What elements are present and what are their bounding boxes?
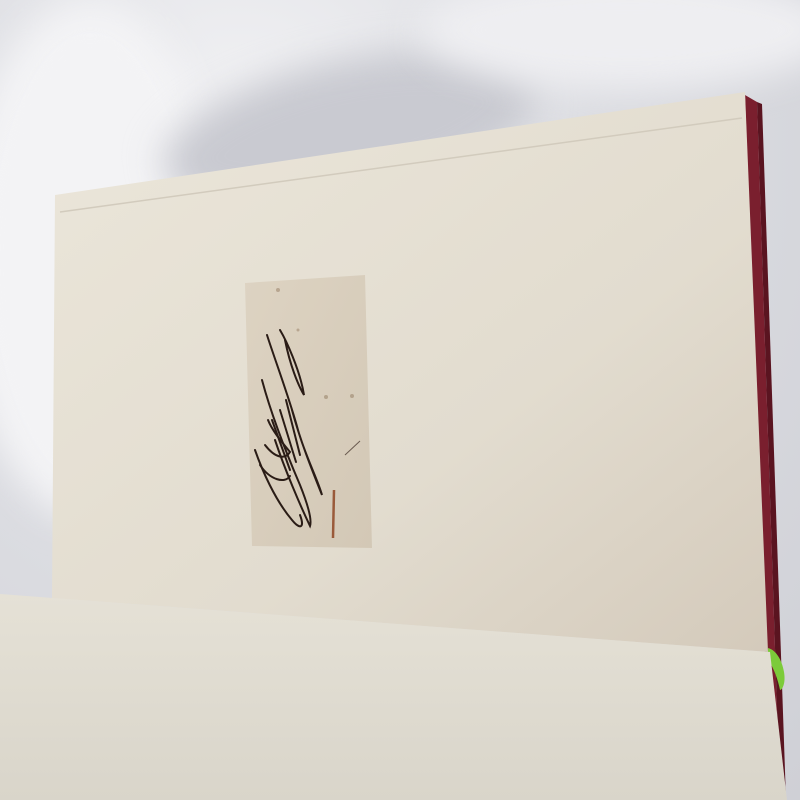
- photo-scene: [0, 0, 800, 800]
- book-page-front: [0, 0, 800, 800]
